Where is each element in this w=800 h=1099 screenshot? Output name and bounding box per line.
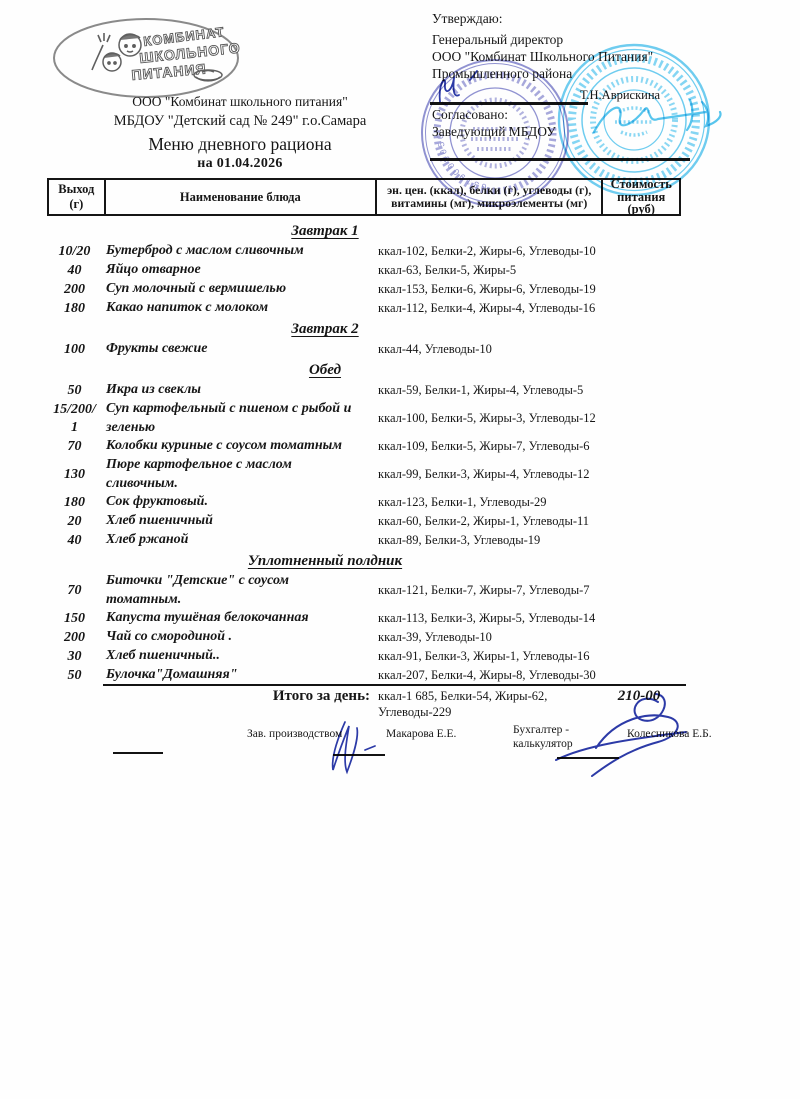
footer-left-name: Макарова Е.Е. [386, 728, 456, 741]
row-output-grams: 180 [47, 300, 102, 318]
total-row: Итого за день: ккал-1 685, Белки-54, Жир… [47, 688, 681, 720]
section-heading-text: Завтрак 1 [291, 223, 358, 239]
approver-line-2: ООО "Комбинат Школьного Питания" [432, 48, 653, 65]
row-output-grams: 70 [47, 438, 102, 456]
footer-right-signature-line [557, 757, 619, 759]
row-output-grams: 30 [47, 648, 102, 666]
section-heading: Уплотненный полдник [47, 550, 603, 572]
menu-row: 100 Фрукты свежие ккал-44, Углеводы-10 [47, 340, 603, 359]
row-output-grams: 200 [47, 281, 102, 299]
signature-line-director [430, 102, 588, 105]
row-dish-name: Бутерброд с маслом сливочным [102, 242, 375, 261]
menu-row: 30 Хлеб пшеничный.. ккал-91, Белки-3, Жи… [47, 647, 603, 666]
fork-icon [92, 33, 110, 70]
approve-label: Утверждаю: [432, 10, 503, 27]
row-dish-name: Фрукты свежие [102, 340, 375, 359]
footer-right-name: Колесникова Е.Б. [627, 728, 712, 741]
menu-row: 150 Капуста тушёная белокочанная ккал-11… [47, 609, 603, 628]
row-output-grams: 150 [47, 610, 102, 628]
row-nutrition: ккал-123, Белки-1, Углеводы-29 [375, 495, 599, 510]
menu-row: 70 Биточки "Детские" с соусом томатным. … [47, 572, 603, 609]
menu-row: 200 Чай со смородиной . ккал-39, Углевод… [47, 628, 603, 647]
col-header-dish: Наименование блюда [104, 180, 375, 214]
row-dish-name: Хлеб пшеничный.. [102, 647, 375, 666]
row-nutrition: ккал-91, Белки-3, Жиры-1, Углеводы-16 [375, 649, 599, 664]
section-heading-text: Обед [309, 362, 341, 378]
row-dish-name: Хлеб пшеничный [102, 512, 375, 531]
row-dish-name: Колобки куриные с соусом томатным [102, 437, 375, 456]
row-output-grams: 40 [47, 532, 102, 550]
menu-row: 40 Хлеб ржаной ккал-89, Белки-3, Углевод… [47, 531, 603, 550]
col-header-output: Выход (г) [49, 180, 104, 214]
row-dish-name: Чай со смородиной . [102, 628, 375, 647]
total-nutrition: ккал-1 685, Белки-54, Жиры-62, Углеводы-… [370, 688, 605, 720]
row-output-grams: 40 [47, 262, 102, 280]
menu-date: на 01.04.2026 [30, 156, 450, 172]
row-nutrition: ккал-153, Белки-6, Жиры-6, Углеводы-19 [375, 282, 599, 297]
menu-row: 180 Сок фруктовый. ккал-123, Белки-1, Уг… [47, 493, 603, 512]
row-dish-name: Икра из свеклы [102, 381, 375, 400]
row-nutrition: ккал-207, Белки-4, Жиры-8, Углеводы-30 [375, 668, 599, 683]
footer-right-role-line2: калькулятор [513, 738, 573, 751]
total-label: Итого за день: [47, 688, 370, 704]
row-dish-name: Суп картофельный с пшеном с рыбой и зеле… [102, 400, 375, 437]
menu-row: 15/200/ 1 Суп картофельный с пшеном с ры… [47, 400, 603, 437]
row-dish-name: Булочка"Домашняя" [102, 666, 375, 685]
row-nutrition: ккал-100, Белки-5, Жиры-3, Углеводы-12 [375, 411, 599, 426]
row-output-grams: 200 [47, 629, 102, 647]
row-nutrition: ккал-121, Белки-7, Жиры-7, Углеводы-7 [375, 583, 599, 598]
menu-row: 130 Пюре картофельное с маслом сливочным… [47, 456, 603, 493]
page-title: Меню дневного рациона [30, 134, 450, 155]
row-output-grams: 180 [47, 494, 102, 512]
signature-line-zaveduyushchiy [430, 158, 690, 161]
footer-left-role: Зав. производством [247, 728, 342, 741]
section-heading: Завтрак 1 [47, 220, 603, 242]
menu-row: 40 Яйцо отварное ккал-63, Белки-5, Жиры-… [47, 261, 603, 280]
menu-table-body: Завтрак 1 10/20 Бутерброд с маслом сливо… [47, 220, 603, 685]
row-dish-name: Пюре картофельное с маслом сливочным. [102, 456, 375, 493]
table-bottom-rule [103, 684, 686, 686]
menu-row: 10/20 Бутерброд с маслом сливочным ккал-… [47, 242, 603, 261]
row-output-grams: 130 [47, 466, 102, 484]
row-output-grams: 15/200/ 1 [47, 401, 102, 437]
section-heading-text: Уплотненный полдник [248, 553, 402, 569]
menu-row: 20 Хлеб пшеничный ккал-60, Белки-2, Жиры… [47, 512, 603, 531]
footer-left-signature-line [333, 754, 385, 756]
approver-line-3: Промышленного района [432, 65, 572, 82]
menu-row: 50 Булочка"Домашняя" ккал-207, Белки-4, … [47, 666, 603, 685]
company-logo: КОМБИНАТ ШКОЛЬНОГО ПИТАНИЯ [48, 12, 243, 104]
row-output-grams: 50 [47, 382, 102, 400]
document-header: ООО "Комбинат школьного питания" МБДОУ "… [30, 94, 450, 172]
section-heading-text: Завтрак 2 [291, 321, 358, 337]
row-output-grams: 20 [47, 513, 102, 531]
row-dish-name: Капуста тушёная белокочанная [102, 609, 375, 628]
row-dish-name: Яйцо отварное [102, 261, 375, 280]
org-line-2: МБДОУ "Детский сад № 249" г.о.Самара [30, 113, 450, 130]
menu-row: 70 Колобки куриные с соусом томатным кка… [47, 437, 603, 456]
col-header-price: Стоимость питания (руб) [601, 180, 679, 214]
row-nutrition: ккал-113, Белки-3, Жиры-5, Углеводы-14 [375, 611, 599, 626]
menu-row: 180 Какао напиток с молоком ккал-112, Бе… [47, 299, 603, 318]
menu-row: 50 Икра из свеклы ккал-59, Белки-1, Жиры… [47, 381, 603, 400]
footer-blank-line [113, 752, 163, 754]
row-dish-name: Какао напиток с молоком [102, 299, 375, 318]
row-dish-name: Биточки "Детские" с соусом томатным. [102, 572, 375, 609]
document-page: КОМБИНАТ ШКОЛЬНОГО ПИТАНИЯ Утверждаю: Ге… [0, 0, 800, 1099]
org-line-1: ООО "Комбинат школьного питания" [30, 94, 450, 110]
row-nutrition: ккал-39, Углеводы-10 [375, 630, 599, 645]
signature-makarova [315, 714, 393, 782]
row-output-grams: 10/20 [47, 243, 102, 261]
row-nutrition: ккал-63, Белки-5, Жиры-5 [375, 263, 599, 278]
row-nutrition: ккал-59, Белки-1, Жиры-4, Углеводы-5 [375, 383, 599, 398]
row-dish-name: Суп молочный с вермишелью [102, 280, 375, 299]
menu-row: 200 Суп молочный с вермишелью ккал-153, … [47, 280, 603, 299]
row-nutrition: ккал-109, Белки-5, Жиры-7, Углеводы-6 [375, 439, 599, 454]
approver-line-1: Генеральный директор [432, 31, 563, 48]
col-header-nutrition: эн. цен. (ккал), белки (г), углеводы (г)… [375, 180, 602, 214]
footer-right-role-line1: Бухгалтер - [513, 724, 569, 737]
row-output-grams: 100 [47, 341, 102, 359]
approver-name: Т.Н.Аврискина [580, 87, 660, 104]
row-dish-name: Хлеб ржаной [102, 531, 375, 550]
table-header: Выход (г) Наименование блюда эн. цен. (к… [47, 178, 681, 216]
total-price: 210-00 [605, 688, 673, 705]
row-nutrition: ккал-60, Белки-2, Жиры-1, Углеводы-11 [375, 514, 599, 529]
agreed-role: Заведующий МБДОУ [432, 123, 556, 140]
row-dish-name: Сок фруктовый. [102, 493, 375, 512]
row-nutrition: ккал-89, Белки-3, Углеводы-19 [375, 533, 599, 548]
section-heading: Завтрак 2 [47, 318, 603, 340]
row-output-grams: 70 [47, 582, 102, 600]
row-nutrition: ккал-112, Белки-4, Жиры-4, Углеводы-16 [375, 301, 599, 316]
row-nutrition: ккал-99, Белки-3, Жиры-4, Углеводы-12 [375, 467, 599, 482]
row-nutrition: ккал-102, Белки-2, Жиры-6, Углеводы-10 [375, 244, 599, 259]
row-nutrition: ккал-44, Углеводы-10 [375, 342, 599, 357]
section-heading: Обед [47, 359, 603, 381]
row-output-grams: 50 [47, 667, 102, 685]
